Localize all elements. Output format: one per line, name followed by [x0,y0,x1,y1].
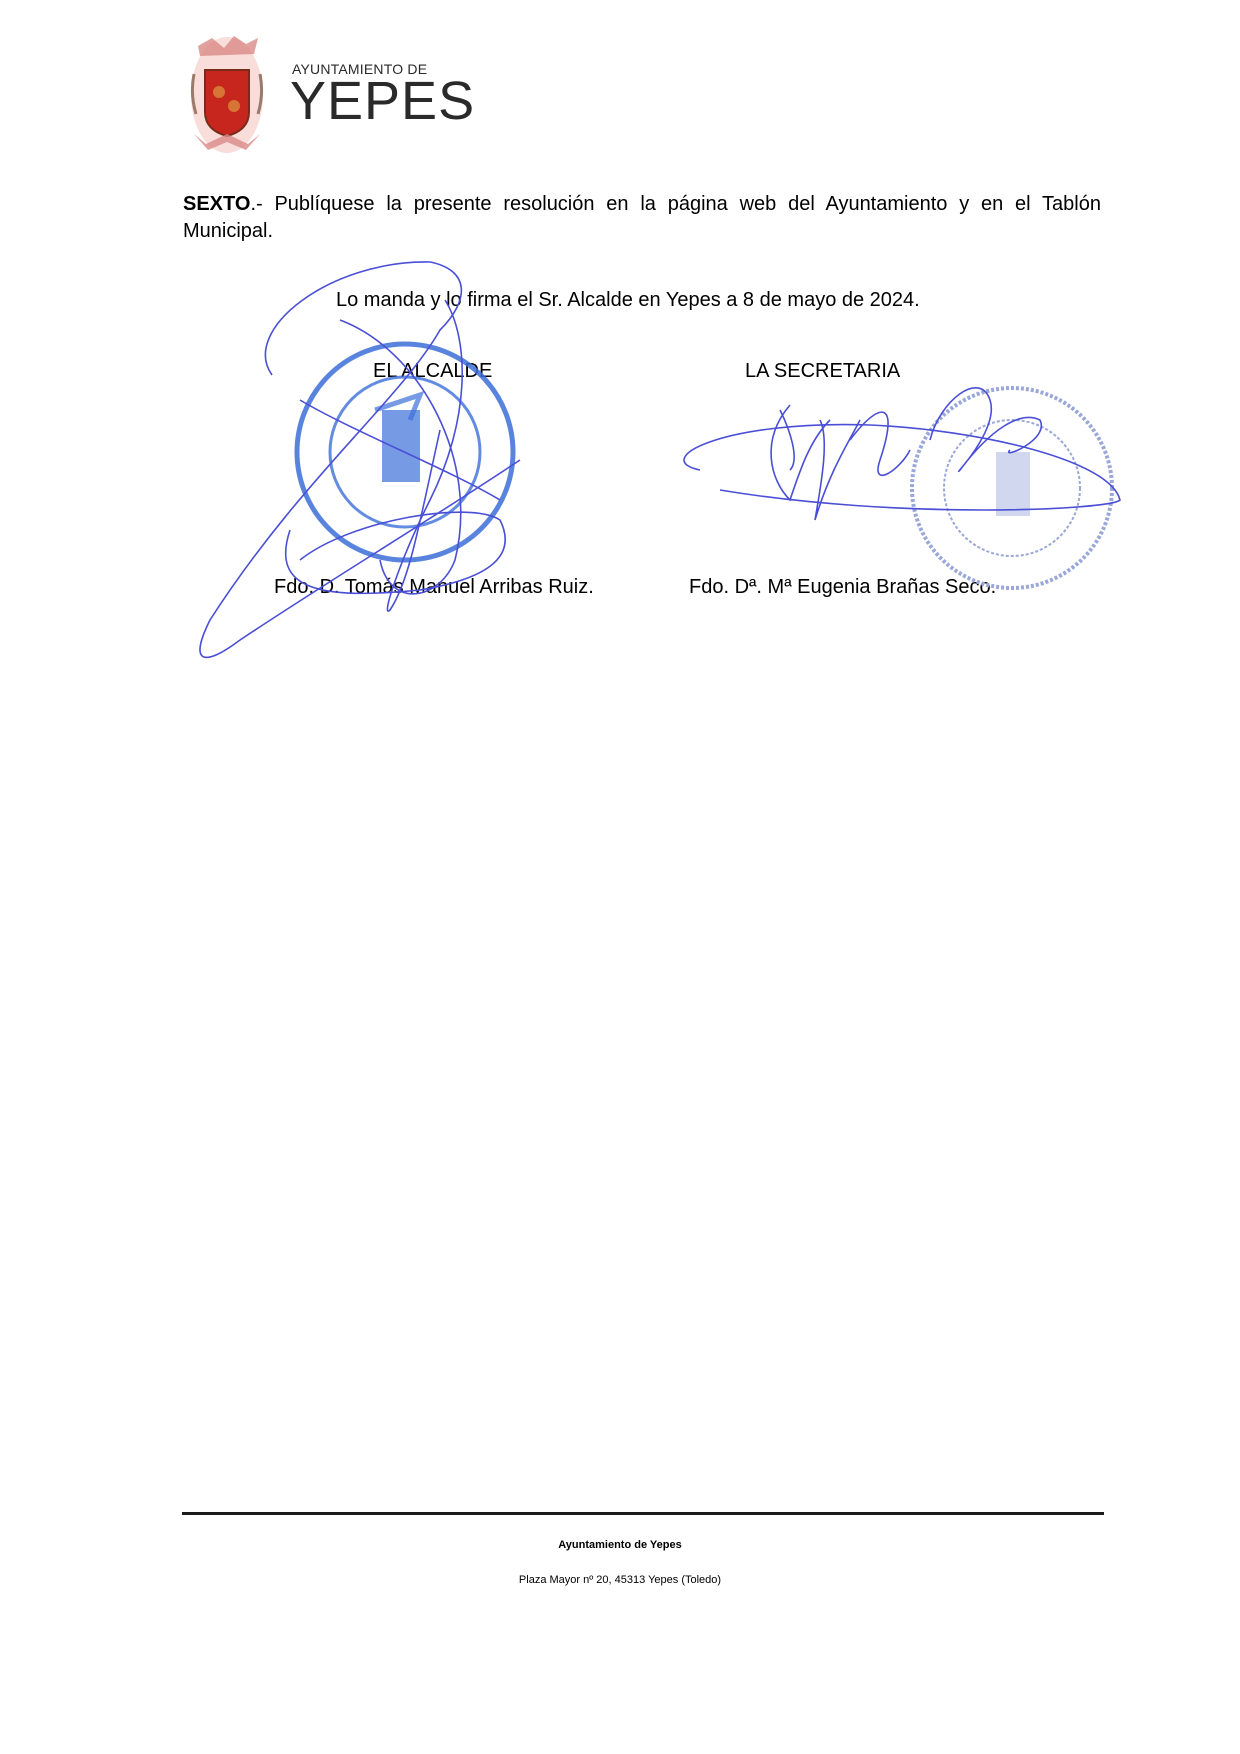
secretaria-seal-icon [912,388,1112,588]
footer-org: Ayuntamiento de Yepes [0,1539,1240,1551]
secretaria-name: Fdo. Dª. Mª Eugenia Brañas Seco. [689,576,996,599]
sexto-label: SEXTO [183,193,250,215]
footer-address: Plaza Mayor nº 20, 45313 Yepes (Toledo) [0,1574,1240,1586]
alcalde-title: EL ALCALDE [373,360,492,383]
alcalde-name: Fdo. D. Tomás Manuel Arribas Ruiz. [274,576,594,599]
resolution-paragraph: SEXTO.- Publíquese la presente resolució… [183,191,1101,245]
secretaria-title: LA SECRETARIA [745,360,900,383]
sexto-text: .- Publíquese la presente resolución en … [183,193,1101,242]
signature-layer: . [0,0,1240,760]
secretaria-signature-icon [684,388,1120,520]
coat-of-arms-icon [188,34,266,156]
closing-statement: Lo manda y lo firma el Sr. Alcalde en Ye… [336,289,920,312]
org-name: YEPES [290,74,475,128]
footer-divider [182,1512,1104,1515]
